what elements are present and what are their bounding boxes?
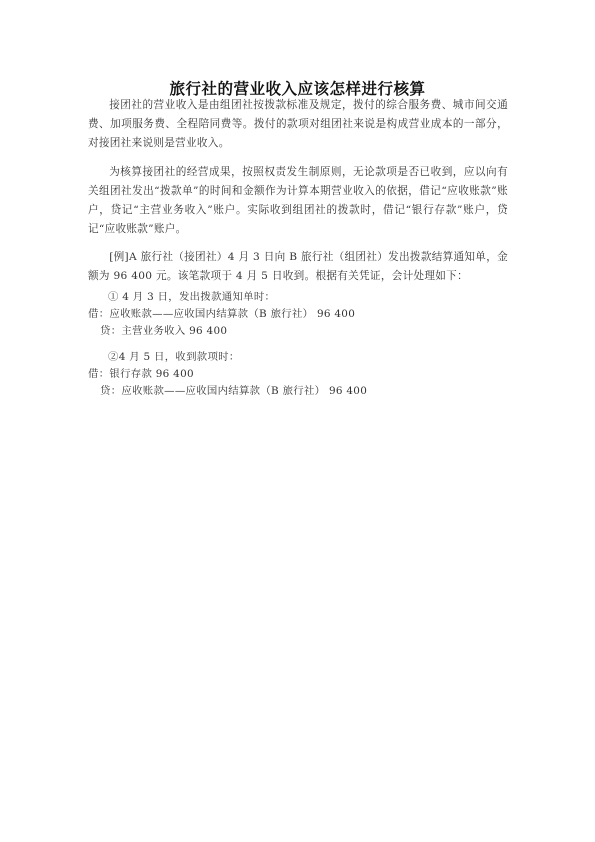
paragraph-revenue-definition: 接团社的营业收入是由组团社按拨款标准及规定，拨付的综合服务费、城市间交通费、加项… (88, 96, 508, 153)
entry-debit: 借：应收账款——应收国内结算款（B 旅行社） 96 400 (88, 306, 355, 323)
journal-entry-1: ① 4 月 3 日，发出拨款通知单时： 借：应收账款——应收国内结算款（B 旅行… (108, 289, 355, 340)
entry-heading: ① 4 月 3 日，发出拨款通知单时： (108, 289, 355, 306)
paragraph-example: [例]A 旅行社（接团社）4 月 3 日向 B 旅行社（组团社）发出拨款结算通知… (88, 248, 508, 286)
document-page: 旅行社的营业收入应该怎样进行核算 接团社的营业收入是由组团社按拨款标准及规定，拨… (0, 0, 595, 842)
entry-debit: 借：银行存款 96 400 (88, 366, 367, 383)
journal-entry-2: ②4 月 5 日，收到款项时： 借：银行存款 96 400 贷：应收账款——应收… (108, 349, 367, 400)
entry-credit: 贷：应收账款——应收国内结算款（B 旅行社） 96 400 (100, 383, 367, 400)
entry-credit: 贷：主营业务收入 96 400 (100, 323, 355, 340)
paragraph-accounting-principle: 为核算接团社的经营成果，按照权责发生制原则，无论款项是否已收到，应以向有关组团社… (88, 163, 508, 239)
entry-heading: ②4 月 5 日，收到款项时： (108, 349, 367, 366)
